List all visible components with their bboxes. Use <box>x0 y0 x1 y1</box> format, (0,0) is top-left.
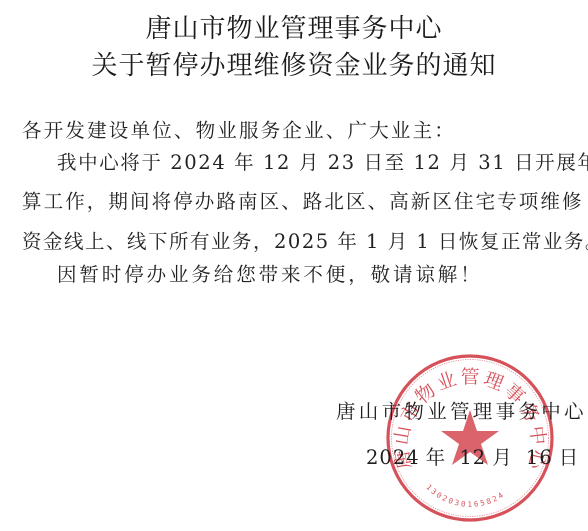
date-day-unit: 日 <box>559 446 580 469</box>
notice-title: 关于暂停办理维修资金业务的通知 <box>0 51 588 81</box>
notice-document: 唐山市物业管理事务中心 关于暂停办理维修资金业务的通知 各开发建设单位、物业服务… <box>0 0 588 531</box>
svg-text:1302030165824: 1302030165824 <box>424 482 506 508</box>
paragraph-1-line-2: 算工作，期间将停办路南区、路北区、高新区住宅专项维修 <box>22 190 584 214</box>
issue-date: 2024年 12月 16日 <box>366 446 585 470</box>
seal-serial-number: 1302030165824 <box>424 482 506 508</box>
salutation: 各开发建设单位、物业服务企业、广大业主： <box>22 119 456 143</box>
official-seal: 唐山市物业管理事务中心 1302030165824 <box>384 352 556 524</box>
signature-issuer: 唐山市物业管理事务中心 <box>336 400 587 424</box>
date-day: 16 <box>526 446 553 469</box>
date-month-unit: 月 <box>492 446 513 469</box>
date-year: 2024 <box>366 446 420 469</box>
paragraph-1-line-3: 资金线上、线下所有业务，2025 年 1 月 1 日恢复正常业务。 <box>22 230 588 254</box>
paragraph-1-line-1: 我中心将于 2024 年 12 月 23 日至 12 月 31 日开展年终决 <box>57 151 588 175</box>
date-year-unit: 年 <box>426 446 447 469</box>
paragraph-2-line-1: 因暂时停办业务给您带来不便，敬请谅解！ <box>57 263 483 287</box>
issuer-title: 唐山市物业管理事务中心 <box>0 14 588 44</box>
date-month: 12 <box>459 446 486 469</box>
